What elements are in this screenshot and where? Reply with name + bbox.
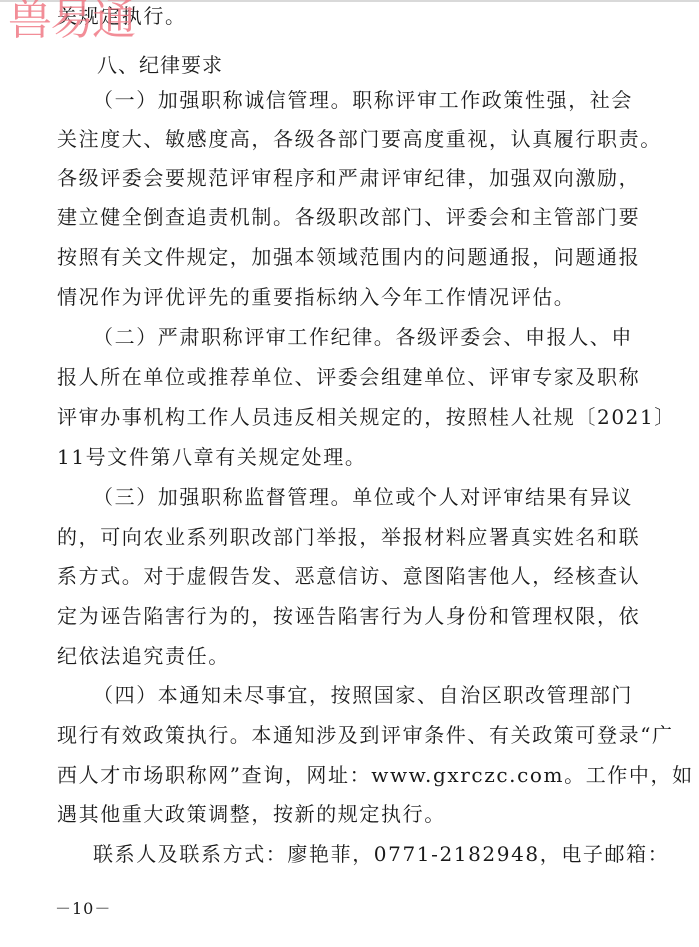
paragraph-1-line-5: 按照有关文件规定，加强本领域范围内的问题通报，问题通报 bbox=[57, 237, 640, 277]
paragraph-4-line-4: 遇其他重大政策调整，按新的规定执行。 bbox=[57, 794, 446, 834]
paragraph-2-line-4: 11号文件第八章有关规定处理。 bbox=[57, 437, 366, 477]
paragraph-1-line-4: 建立健全倒查追责机制。各级职改部门、评委会和主管部门要 bbox=[57, 197, 640, 237]
text-line-continuation: 关规定执行。 bbox=[57, 0, 187, 36]
page-number: －10－ bbox=[55, 897, 111, 921]
paragraph-3-line-5: 纪依法追究责任。 bbox=[57, 636, 230, 676]
paragraph-4-line-1: （四）本通知未尽事宜，按照国家、自治区职改管理部门 bbox=[93, 675, 633, 715]
paragraph-4-line-2: 现行有效政策执行。本通知涉及到评审条件、有关政策可登录“广 bbox=[57, 715, 674, 755]
paragraph-3-line-2: 的，可向农业系列职改部门举报，举报材料应署真实姓名和联 bbox=[57, 517, 640, 557]
section-heading-discipline: 八、纪律要求 bbox=[97, 45, 223, 85]
paragraph-1-line-3: 各级评委会要规范评审程序和严肃评审纪律，加强双向激励， bbox=[57, 158, 640, 198]
paragraph-2-line-3: 评审办事机构工作人员违反相关规定的，按照桂人社规〔2021〕 bbox=[57, 397, 676, 437]
paragraph-2-line-2: 报人所在单位或推荐单位、评委会组建单位、评审专家及职称 bbox=[57, 357, 640, 397]
contact-line: 联系人及联系方式：廖艳菲，0771-2182948，电子邮箱： bbox=[93, 834, 669, 874]
paragraph-1-line-6: 情况作为评优评先的重要指标纳入今年工作情况评估。 bbox=[57, 277, 575, 317]
paragraph-3-line-4: 定为诬告陷害行为的，按诬告陷害行为人身份和管理权限，依 bbox=[57, 596, 640, 636]
paragraph-2-line-1: （二）严肃职称评审工作纪律。各级评委会、申报人、申 bbox=[93, 317, 633, 357]
paragraph-1-line-2: 关注度大、敏感度高，各级各部门要高度重视，认真履行职责。 bbox=[57, 119, 662, 159]
paragraph-3-line-3: 系方式。对于虚假告发、恶意信访、意图陷害他人，经核查认 bbox=[57, 556, 640, 596]
paragraph-1-line-1: （一）加强职称诚信管理。职称评审工作政策性强，社会 bbox=[93, 80, 633, 120]
paragraph-4-line-3: 西人才市场职称网”查询，网址：www.gxrczc.com。工作中，如 bbox=[57, 755, 694, 795]
paragraph-3-line-1: （三）加强职称监督管理。单位或个人对评审结果有异议 bbox=[93, 477, 633, 517]
